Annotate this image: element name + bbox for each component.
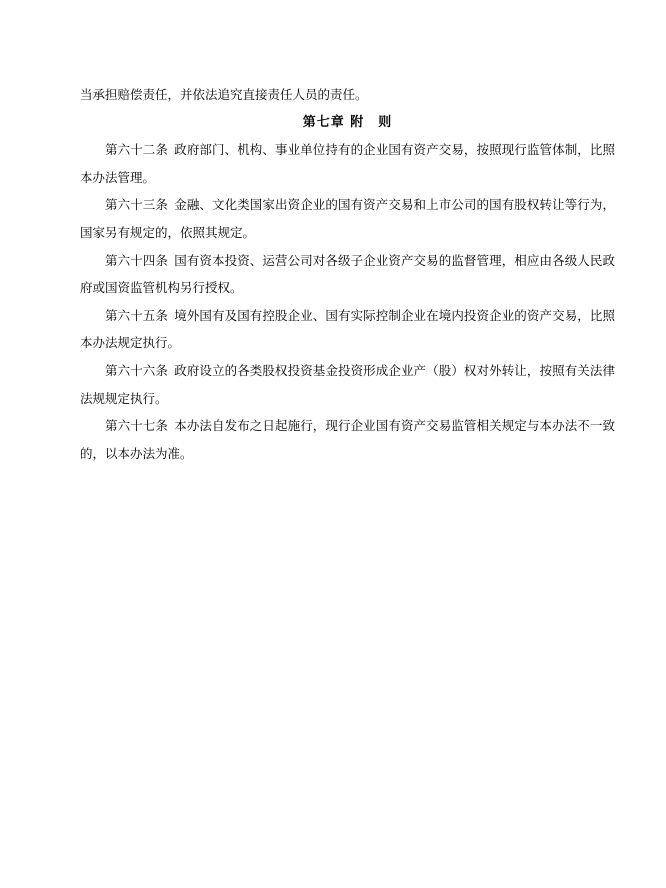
article-62-number: 第六十二条 (105, 142, 174, 157)
article-67: 第六十七条本办法自发布之日起施行，现行企业国有资产交易监管相关规定与本办法不一致… (80, 412, 615, 467)
document-page: 当承担赔偿责任，并依法追究直接责任人员的责任。 第七章 附 则 第六十二条政府部… (0, 0, 666, 888)
article-63-number: 第六十三条 (105, 197, 174, 212)
article-62: 第六十二条政府部门、机构、事业单位持有的企业国有资产交易，按照现行监管体制，比照… (80, 136, 615, 191)
article-67-number: 第六十七条 (105, 418, 174, 433)
article-63: 第六十三条金融、文化类国家出资企业的国有资产交易和上市公司的国有股权转让等行为，… (80, 191, 615, 246)
article-64: 第六十四条国有资本投资、运营公司对各级子企业资产交易的监督管理，相应由各级人民政… (80, 247, 615, 302)
article-66: 第六十六条政府设立的各类股权投资基金投资形成企业产（股）权对外转让，按照有关法律… (80, 357, 615, 412)
article-65-number: 第六十五条 (105, 308, 174, 323)
paragraph-continuation: 当承担赔偿责任，并依法追究直接责任人员的责任。 (80, 81, 615, 109)
article-65: 第六十五条境外国有及国有控股企业、国有实际控制企业在境内投资企业的资产交易，比照… (80, 302, 615, 357)
chapter-heading: 第七章 附 则 (80, 109, 615, 137)
document-content: 当承担赔偿责任，并依法追究直接责任人员的责任。 第七章 附 则 第六十二条政府部… (80, 81, 615, 467)
article-66-number: 第六十六条 (105, 363, 174, 378)
article-64-number: 第六十四条 (105, 253, 174, 268)
